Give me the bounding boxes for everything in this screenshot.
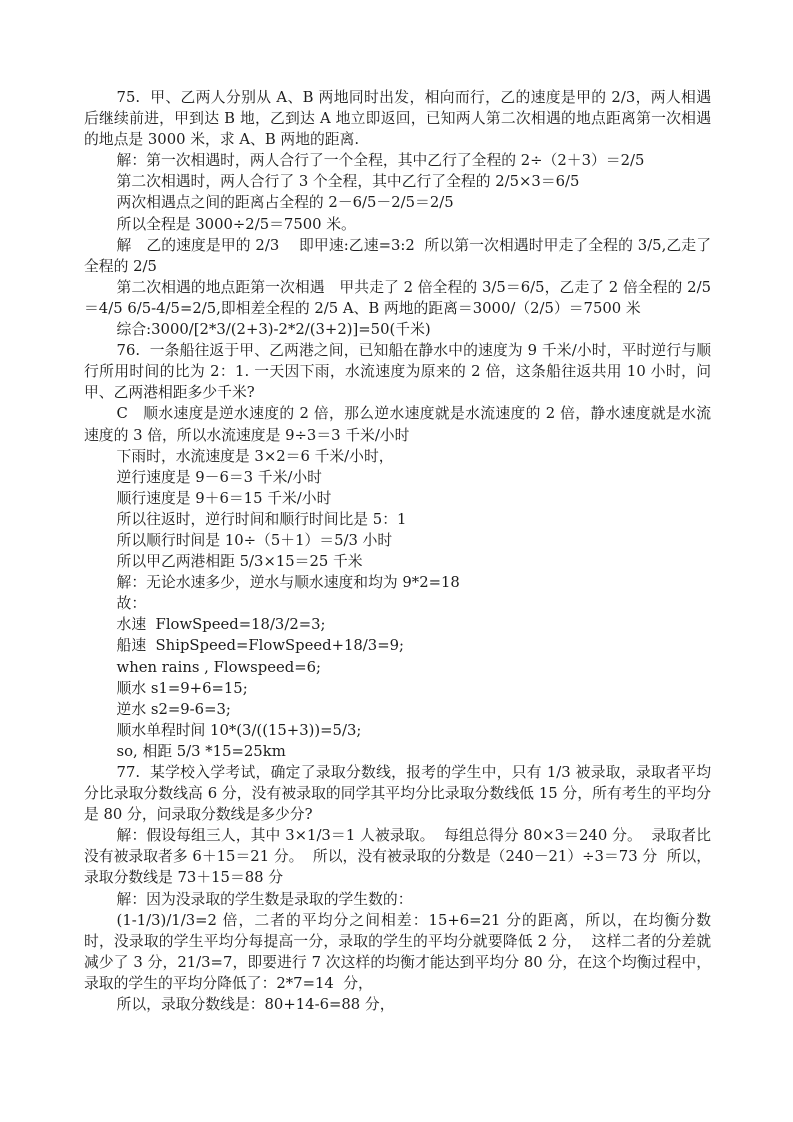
problem-76-solution-10: 水速 FlowSpeed=18/3/2=3; [84,614,711,635]
problem-75-solution-7: 综合:3000/[2*3/(2+3)-2*2/(3+2)]=50(千米) [84,319,711,340]
problem-76-solution-3: 逆行速度是 9－6＝3 千米/小时 [84,467,711,488]
problem-75-solution-4: 所以全程是 3000÷2/5＝7500 米。 [84,214,711,235]
problem-76-solution-7: 所以甲乙两港相距 5/3×15＝25 千米 [84,551,711,572]
document-page: 75. 甲、乙两人分别从 A、B 两地同时出发，相向而行，乙的速度是甲的 2/3… [0,0,793,1122]
problem-75-solution-6: 第二次相遇的地点距第一次相遇 甲共走了 2 倍全程的 3/5＝6/5，乙走了 2… [84,277,711,319]
problem-76-solution-15: 顺水单程时间 10*(3/((15+3))=5/3; [84,720,711,741]
problem-76-solution-8: 解：无论水速多少，逆水与顺水速度和均为 9*2=18 [84,572,711,593]
problem-76-solution-11: 船速 ShipSpeed=FlowSpeed+18/3=9; [84,635,711,656]
problem-75-question: 75. 甲、乙两人分别从 A、B 两地同时出发，相向而行，乙的速度是甲的 2/3… [84,87,711,150]
problem-76-solution-5: 所以往返时，逆行时间和顺行时间比是 5：1 [84,509,711,530]
problem-77-solution-3: (1-1/3)/1/3=2 倍，二者的平均分之间相差：15+6=21 分的距离，… [84,910,711,994]
problem-75: 75. 甲、乙两人分别从 A、B 两地同时出发，相向而行，乙的速度是甲的 2/3… [84,87,711,340]
problem-76-solution-16: so, 相距 5/3 *15=25km [84,741,711,762]
problem-77-solution-4: 所以，录取分数线是：80+14-6=88 分， [84,994,711,1015]
problem-76-solution-2: 下雨时，水流速度是 3×2＝6 千米/小时， [84,446,711,467]
problem-76-solution-14: 逆水 s2=9-6=3; [84,699,711,720]
problem-77: 77. 某学校入学考试，确定了录取分数线，报考的学生中，只有 1/3 被录取，录… [84,762,711,1015]
problem-76-solution-12: when rains , Flowspeed=6; [84,657,711,678]
problem-76-solution-1: C 顺水速度是逆水速度的 2 倍，那么逆水速度就是水流速度的 2 倍，静水速度就… [84,403,711,445]
problem-76-solution-4: 顺行速度是 9＋6＝15 千米/小时 [84,488,711,509]
problem-76-solution-13: 顺水 s1=9+6=15; [84,678,711,699]
problem-76-question: 76. 一条船往返于甲、乙两港之间，已知船在静水中的速度为 9 千米/小时，平时… [84,340,711,403]
problem-75-solution-1: 解：第一次相遇时，两人合行了一个全程，其中乙行了全程的 2÷（2＋3）＝2/5 [84,150,711,171]
problem-75-solution-5: 解 乙的速度是甲的 2/3 即甲速:乙速=3:2 所以第一次相遇时甲走了全程的 … [84,235,711,277]
problem-75-solution-3: 两次相遇点之间的距离占全程的 2－6/5－2/5＝2/5 [84,192,711,213]
problem-77-solution-2: 解：因为没录取的学生数是录取的学生数的： [84,889,711,910]
problem-76: 76. 一条船往返于甲、乙两港之间，已知船在静水中的速度为 9 千米/小时，平时… [84,340,711,762]
problem-75-solution-2: 第二次相遇时，两人合行了 3 个全程，其中乙行了全程的 2/5×3＝6/5 [84,171,711,192]
problem-76-solution-6: 所以顺行时间是 10÷（5＋1）＝5/3 小时 [84,530,711,551]
problem-77-solution-1: 解：假设每组三人，其中 3×1/3＝1 人被录取。 每组总得分 80×3＝240… [84,825,711,888]
problem-76-solution-9: 故： [84,593,711,614]
problem-77-question: 77. 某学校入学考试，确定了录取分数线，报考的学生中，只有 1/3 被录取，录… [84,762,711,825]
